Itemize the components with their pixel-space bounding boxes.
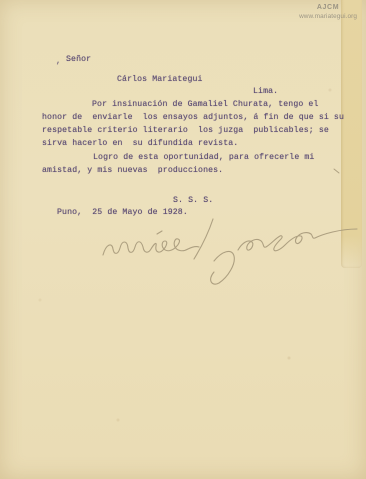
signature-stroke-j — [194, 219, 213, 259]
body-line: Logro de esta oportunidad, para ofrecerl… — [93, 153, 314, 162]
handwritten-signature — [0, 0, 366, 479]
letter-scan-page: AJCM www.mariategui.org , Señor Cárlos M… — [0, 0, 366, 479]
recipient-city: Lima. — [253, 87, 278, 96]
signature-stroke-loop — [211, 251, 235, 284]
paper-tape-strip — [341, 0, 362, 268]
body-line: sirva hacerlo en su difundida revista. — [42, 139, 238, 148]
body-line: honor de enviarle los ensayos adjuntos, … — [42, 113, 344, 122]
recipient-name: Cárlos Mariategui — [117, 75, 203, 84]
body-line: amistad, y mis nuevas producciones. — [42, 166, 223, 175]
watermark-url: www.mariategui.org — [299, 13, 357, 21]
body-line: Por insinuación de Gamaliel Churata, ten… — [92, 100, 319, 109]
dateline: Puno, 25 de Mayo de 1928. — [57, 208, 188, 217]
signature-stroke-mateo — [103, 239, 199, 255]
margin-comma-mark: , — [56, 57, 61, 66]
signature-stroke-tail — [238, 229, 357, 251]
salutation: Señor — [66, 55, 91, 64]
signature-accent-stroke — [157, 231, 162, 234]
watermark-initials: AJCM — [299, 4, 357, 13]
pencil-tick-mark — [334, 169, 339, 173]
body-line: respetable criterio literario los juzga … — [42, 126, 329, 135]
archive-watermark: AJCM www.mariategui.org — [299, 4, 357, 21]
closing-abbreviation: S. S. S. — [173, 196, 213, 205]
